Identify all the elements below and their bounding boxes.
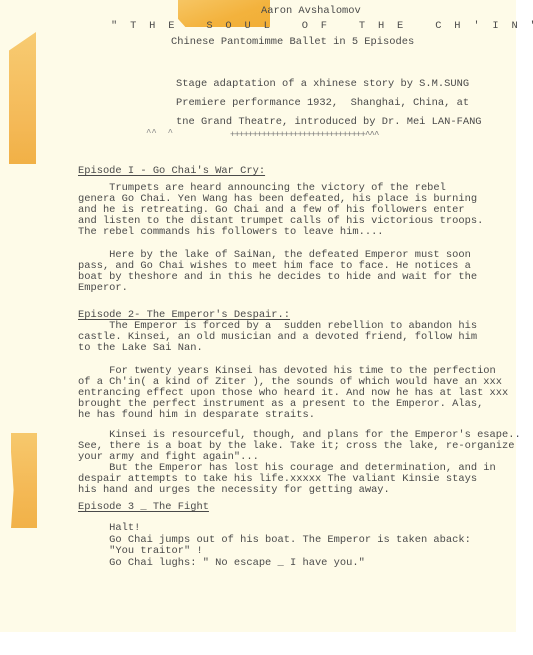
info-line-premiere: Premiere performance 1932, Shanghai, Chi…	[176, 94, 469, 113]
ballet-title: " T H E S O U L O F T H E C H ' I N "	[111, 21, 533, 32]
typewritten-document: Aaron Avshalomov " T H E S O U L O F T H…	[0, 0, 516, 593]
episode-1-para-1-line-5: The rebel commands his followers to leav…	[78, 227, 384, 238]
episode-3-heading: Episode 3 _ The Fight	[78, 502, 209, 513]
episode-1-para-2-line-4: Emperor.	[78, 283, 128, 294]
divider-plus-row: ++++++++++++++++++++++++++++++^^^	[230, 130, 379, 141]
author-name: Aaron Avshalomov	[261, 6, 361, 17]
episode-2-para-1-line-3: to the Lake Sai Nan.	[78, 343, 203, 354]
episode-3-line-1: Halt!	[78, 523, 140, 534]
divider-carets: ^^ ^	[146, 128, 173, 139]
info-line-adaptation: Stage adaptation of a xhinese story by S…	[176, 75, 469, 94]
episode-3-line-4: Go Chai lughs: " No escape _ I have you.…	[78, 558, 365, 569]
episode-1-para-2-line-3: boat by theshore and in this he decides …	[78, 272, 477, 283]
episode-2-para-2-line-5: he has found him in desparate straits.	[78, 410, 315, 421]
ballet-subtitle: Chinese Pantomimme Ballet in 5 Episodes	[171, 37, 414, 48]
episode-2-para-3-line-6: his hand and urges the necessity for get…	[78, 485, 390, 496]
episode-1-heading: Episode I - Go Chai's War Cry:	[78, 166, 265, 177]
episode-3-line-3: "You traitor" !	[78, 546, 203, 557]
info-line-theatre: tne Grand Theatre, introduced by Dr. Mei…	[176, 113, 482, 132]
